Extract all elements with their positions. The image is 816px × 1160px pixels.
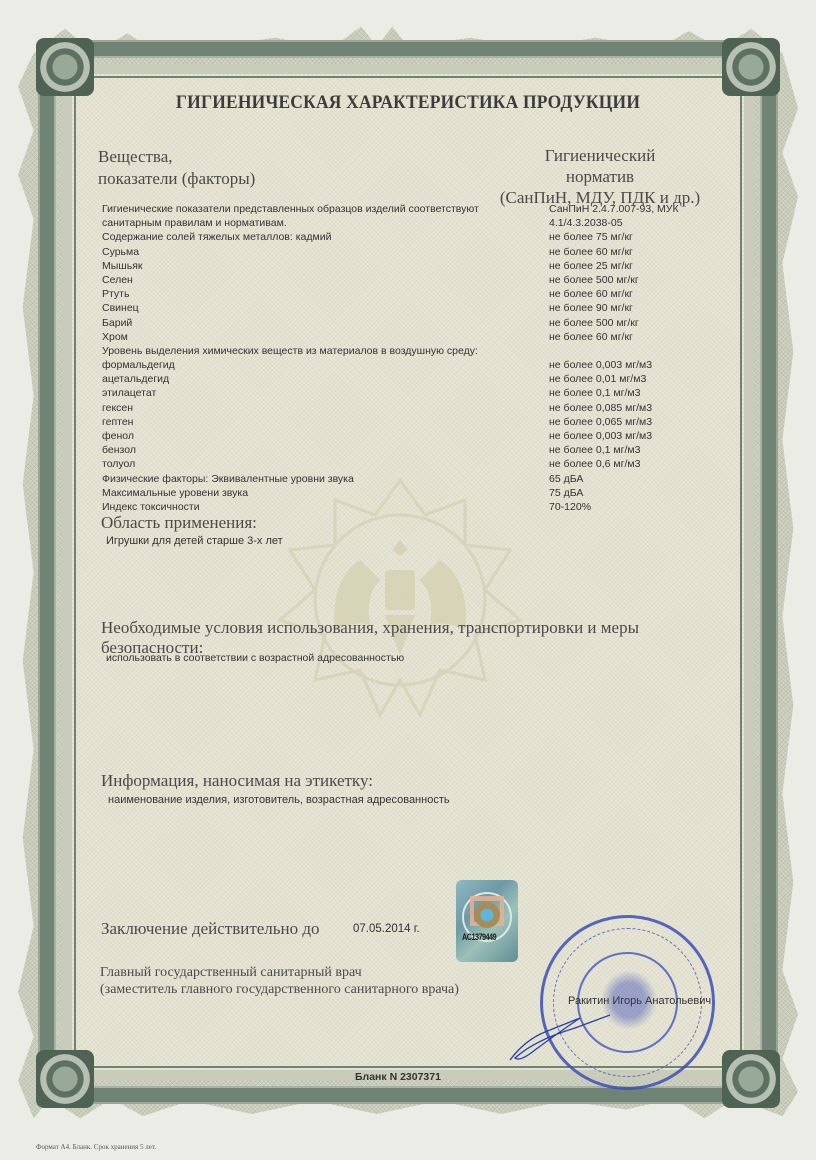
indicator-label: гептен [102, 415, 133, 429]
indicator-label: бензол [102, 443, 136, 457]
hologram-seal: AC1379449 [456, 880, 518, 962]
norm-column-header: Гигиенический норматив (СанПиН, МДУ, ПДК… [480, 145, 720, 208]
indicator-norm: не более 0,003 мг/м3 [549, 358, 652, 372]
indicator-label: Сурьма [102, 245, 139, 259]
indicator-label: Максимальные уровени звука [102, 486, 248, 500]
footer-note: Формат А4. Бланк. Срок хранения 5 лет. [36, 1143, 156, 1151]
validity-label: Заключение действительно до [101, 919, 320, 939]
table-row: Максимальные уровени звука75 дБА [102, 486, 722, 500]
indicator-label: Индекс токсичности [102, 500, 200, 514]
table-row: гексенне более 0,085 мг/м3 [102, 401, 722, 415]
hygiene-indicators-table: Гигиенические показатели представленных … [102, 202, 722, 514]
table-row: Селенне более 500 мг/кг [102, 273, 722, 287]
indicator-norm: не более 0,1 мг/м3 [549, 443, 640, 457]
indicator-norm: 75 дБА [549, 486, 583, 500]
indicator-label: Содержание солей тяжелых металлов: кадми… [102, 230, 331, 244]
table-row: Хромне более 60 мг/кг [102, 330, 722, 344]
table-row: этилацетатне более 0,1 мг/м3 [102, 386, 722, 400]
table-row: Содержание солей тяжелых металлов: кадми… [102, 230, 722, 244]
table-row: Мышьякне более 25 мг/кг [102, 259, 722, 273]
table-row: Ртутьне более 60 мг/кг [102, 287, 722, 301]
signatory-name: Ракитин Игорь Анатольевич [568, 995, 711, 1007]
hologram-serial: AC1379449 [462, 932, 496, 942]
indicator-norm: не более 500 мг/кг [549, 273, 639, 287]
indicator-norm: не более 0,003 мг/м3 [549, 429, 652, 443]
indicator-label: фенол [102, 429, 134, 443]
indicator-norm: не более 0,1 мг/м3 [549, 386, 640, 400]
indicator-label: ацетальдегид [102, 372, 169, 386]
signatory-title-line2: (заместитель главного государственного с… [100, 982, 459, 998]
indicator-norm: СанПиН 2.4.7.007-93, МУК [549, 202, 679, 216]
table-row: Сурьмане более 60 мг/кг [102, 245, 722, 259]
label-info-heading: Информация, наносимая на этикетку: [101, 771, 373, 791]
table-row: формальдегидне более 0,003 мг/м3 [102, 358, 722, 372]
indicator-norm: не более 25 мг/кг [549, 259, 633, 273]
application-heading: Область применения: [101, 513, 257, 533]
indicator-label: Свинец [102, 301, 139, 315]
indicator-label: Гигиенические показатели представленных … [102, 202, 479, 216]
indicator-norm: не более 0,065 мг/м3 [549, 415, 652, 429]
hologram-logo-icon [474, 902, 500, 928]
indicator-label: Ртуть [102, 287, 129, 301]
indicator-norm: 65 дБА [549, 472, 583, 486]
conditions-heading-line1: Необходимые условия использования, хране… [101, 618, 639, 638]
table-row: Индекс токсичности70-120% [102, 500, 722, 514]
indicator-norm: не более 90 мг/кг [549, 301, 633, 315]
table-row: Свинецне более 90 мг/кг [102, 301, 722, 315]
indicator-label: Барий [102, 316, 132, 330]
indicator-label: Хром [102, 330, 128, 344]
indicator-norm: не более 0,01 мг/м3 [549, 372, 646, 386]
ornament-corner-icon [722, 1050, 780, 1108]
indicator-label: этилацетат [102, 386, 156, 400]
table-row: гептенне более 0,065 мг/м3 [102, 415, 722, 429]
indicator-label: Физические факторы: Эквивалентные уровни… [102, 472, 354, 486]
table-row: Гигиенические показатели представленных … [102, 202, 722, 216]
blank-number: Бланк N 2307371 [355, 1071, 441, 1083]
ornament-corner-icon [722, 38, 780, 96]
indicator-norm: не более 75 мг/кг [549, 230, 633, 244]
indicator-norm: 70-120% [549, 500, 591, 514]
indicator-norm: не более 60 мг/кг [549, 287, 633, 301]
signatory-title-line1: Главный государственный санитарный врач [100, 965, 362, 981]
indicator-label: толуол [102, 457, 135, 471]
document-title: ГИГИЕНИЧЕСКАЯ ХАРАКТЕРИСТИКА ПРОДУКЦИИ [33, 92, 784, 114]
indicator-label: санитарным правилам и нормативам. [102, 216, 287, 230]
indicator-norm: не более 0,6 мг/м3 [549, 457, 640, 471]
table-row: толуолне более 0,6 мг/м3 [102, 457, 722, 471]
certificate-page: ГИГИЕНИЧЕСКАЯ ХАРАКТЕРИСТИКА ПРОДУКЦИИ В… [0, 0, 816, 1160]
validity-date: 07.05.2014 г. [353, 923, 420, 935]
indicator-label: гексен [102, 401, 133, 415]
indicator-norm: не более 60 мг/кг [549, 330, 633, 344]
indicator-norm: 4.1/4.3.2038-05 [549, 216, 623, 230]
application-text: Игрушки для детей старше 3-х лет [106, 535, 283, 547]
ornament-corner-icon [36, 38, 94, 96]
indicator-norm: не более 0,085 мг/м3 [549, 401, 652, 415]
substances-column-header: Вещества, показатели (факторы) [98, 146, 255, 190]
indicator-label: Селен [102, 273, 133, 287]
table-row: Физические факторы: Эквивалентные уровни… [102, 472, 722, 486]
indicator-label: формальдегид [102, 358, 175, 372]
indicator-norm: не более 500 мг/кг [549, 316, 639, 330]
indicator-norm: не более 60 мг/кг [549, 245, 633, 259]
ornament-corner-icon [36, 1050, 94, 1108]
table-row: Барийне более 500 мг/кг [102, 316, 722, 330]
conditions-text: использовать в соответствии с возрастной… [106, 652, 404, 664]
table-row: Уровень выделения химических веществ из … [102, 344, 722, 358]
indicator-label: Мышьяк [102, 259, 142, 273]
table-row: бензолне более 0,1 мг/м3 [102, 443, 722, 457]
table-row: ацетальдегидне более 0,01 мг/м3 [102, 372, 722, 386]
table-row: санитарным правилам и нормативам.4.1/4.3… [102, 216, 722, 230]
handwritten-signature-icon [505, 1010, 615, 1065]
label-info-text: наименование изделия, изготовитель, возр… [108, 794, 450, 806]
indicator-label: Уровень выделения химических веществ из … [102, 344, 478, 358]
table-row: фенолне более 0,003 мг/м3 [102, 429, 722, 443]
